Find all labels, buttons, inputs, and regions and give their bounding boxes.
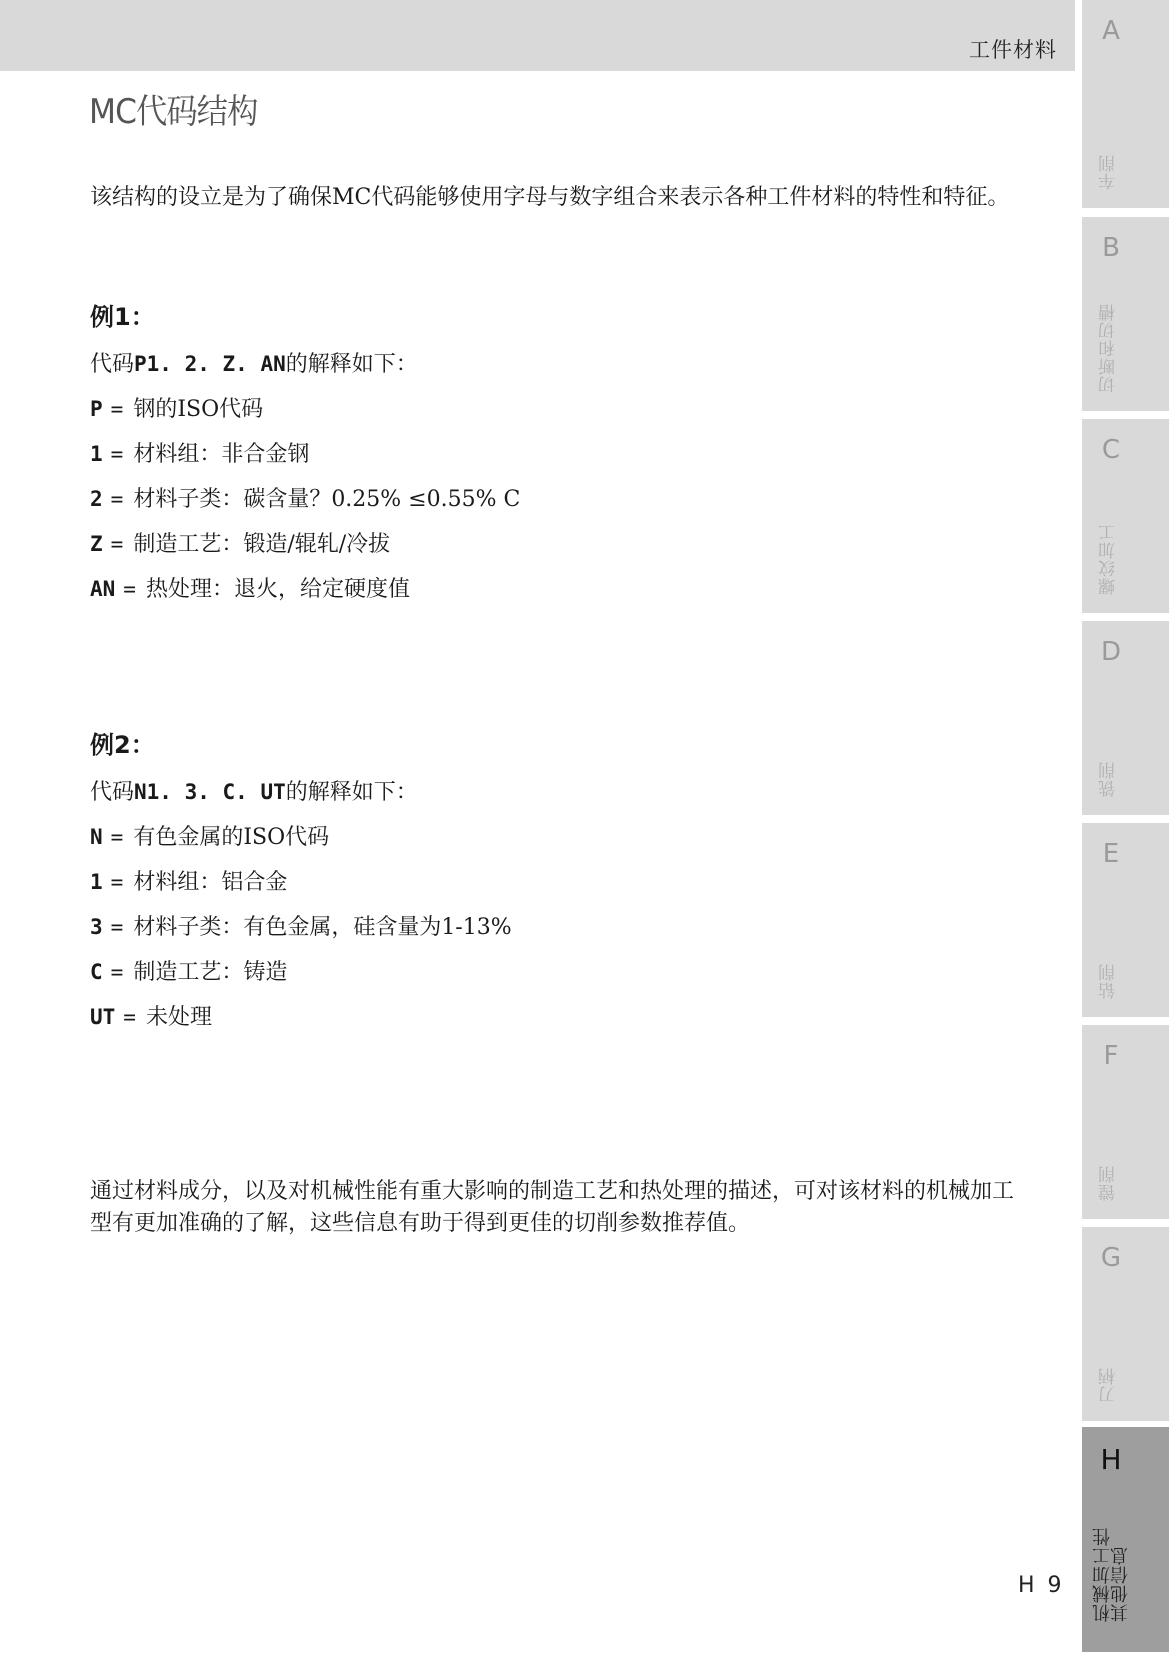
- example-1-item: Z=制造工艺：锻造/辊轧/冷拔: [90, 527, 390, 558]
- code-value: N1. 3. C. UT: [134, 780, 286, 804]
- tab-letter: B: [1082, 233, 1140, 263]
- item-desc: 制造工艺：铸造: [133, 960, 287, 985]
- side-tab-b[interactable]: B 切断和切槽: [1082, 217, 1169, 411]
- tab-label-line-2: 其他信息: [1110, 1546, 1131, 1622]
- item-key: AN: [90, 577, 115, 601]
- item-eq: =: [103, 442, 134, 466]
- code-suffix: 的解释如下：: [286, 780, 418, 805]
- side-tab-g[interactable]: G 刀柄: [1082, 1227, 1169, 1421]
- example-1-heading: 例1：: [90, 297, 155, 332]
- item-key: 1: [90, 442, 103, 466]
- tab-letter: E: [1082, 839, 1140, 869]
- tab-label: 机械加工性其他信息: [1094, 1527, 1130, 1622]
- tab-label: 车削: [1100, 154, 1118, 190]
- tab-letter: H: [1082, 1443, 1140, 1476]
- side-tab-a[interactable]: A 车削: [1082, 0, 1169, 208]
- tab-letter: A: [1082, 16, 1140, 46]
- item-eq: =: [103, 532, 134, 556]
- item-desc: 钢的ISO代码: [133, 397, 263, 422]
- item-key: 3: [90, 915, 103, 939]
- page-title: MC代码结构: [89, 84, 257, 133]
- item-key: C: [90, 960, 103, 984]
- code-prefix: 代码: [90, 352, 134, 377]
- example-1-item: AN=热处理：退火，给定硬度值: [90, 572, 410, 603]
- item-desc: 材料子类：有色金属，硅含量为1-13%: [133, 915, 511, 940]
- item-desc: 未处理: [146, 1005, 212, 1030]
- code-prefix: 代码: [90, 780, 134, 805]
- item-desc: 制造工艺：锻造/辊轧/冷拔: [133, 532, 390, 557]
- example-1-item: P=钢的ISO代码: [90, 392, 263, 423]
- tab-letter: C: [1082, 435, 1140, 465]
- item-eq: =: [103, 487, 134, 511]
- page-number: H 9: [1018, 1573, 1065, 1598]
- tab-letter: F: [1082, 1041, 1140, 1071]
- example-2-item: N=有色金属的ISO代码: [90, 820, 329, 851]
- tab-label: 钻削: [1100, 963, 1118, 999]
- example-2-item: 1=材料组：铝合金: [90, 865, 287, 896]
- header-band: 工件材料: [0, 0, 1075, 71]
- side-tab-h[interactable]: H 机械加工性其他信息: [1082, 1427, 1169, 1652]
- side-tab-d[interactable]: D 铣削: [1082, 621, 1169, 815]
- tab-letter: G: [1082, 1243, 1140, 1273]
- code-value: P1. 2. Z. AN: [134, 352, 286, 376]
- side-tab-c[interactable]: C 螺纹加工: [1082, 419, 1169, 613]
- side-tab-e[interactable]: E 钻削: [1082, 823, 1169, 1017]
- item-eq: =: [103, 915, 134, 939]
- item-eq: =: [103, 397, 134, 421]
- item-desc: 热处理：退火，给定硬度值: [146, 577, 410, 602]
- item-eq: =: [103, 870, 134, 894]
- side-tab-f[interactable]: F 镗削: [1082, 1025, 1169, 1219]
- item-eq: =: [103, 960, 134, 984]
- item-key: 2: [90, 487, 103, 511]
- example-2-heading: 例2：: [90, 725, 155, 760]
- tab-label: 切断和切槽: [1100, 303, 1118, 393]
- item-key: Z: [90, 532, 103, 556]
- item-desc: 材料组：非合金钢: [133, 442, 309, 467]
- example-1-item: 1=材料组：非合金钢: [90, 437, 309, 468]
- code-suffix: 的解释如下：: [286, 352, 418, 377]
- conclusion-paragraph: 通过材料成分，以及对机械性能有重大影响的制造工艺和热处理的描述，可对该材料的机械…: [90, 1176, 1025, 1240]
- item-eq: =: [103, 825, 134, 849]
- example-1-code-line: 代码P1. 2. Z. AN的解释如下：: [90, 347, 418, 378]
- item-key: 1: [90, 870, 103, 894]
- example-2-item: UT=未处理: [90, 1000, 212, 1031]
- tab-label: 铣削: [1100, 761, 1118, 797]
- tab-label: 刀柄: [1100, 1367, 1118, 1403]
- tab-label: 螺纹加工: [1100, 523, 1118, 595]
- example-2-item: C=制造工艺：铸造: [90, 955, 287, 986]
- tab-letter: D: [1082, 637, 1140, 667]
- example-2-code-line: 代码N1. 3. C. UT的解释如下：: [90, 775, 418, 806]
- item-desc: 材料组：铝合金: [133, 870, 287, 895]
- tab-label: 镗削: [1100, 1165, 1118, 1201]
- item-key: P: [90, 397, 103, 421]
- section-title: 工件材料: [969, 34, 1057, 64]
- item-eq: =: [115, 577, 146, 601]
- item-key: N: [90, 825, 103, 849]
- item-desc: 有色金属的ISO代码: [133, 825, 329, 850]
- example-1-item: 2=材料子类：碳含量？0.25% ≤0.55% C: [90, 482, 520, 513]
- item-eq: =: [115, 1005, 146, 1029]
- item-key: UT: [90, 1005, 115, 1029]
- example-2-item: 3=材料子类：有色金属，硅含量为1-13%: [90, 910, 512, 941]
- intro-paragraph: 该结构的设立是为了确保MC代码能够使用字母与数字组合来表示各种工件材料的特性和特…: [90, 183, 1025, 213]
- item-desc: 材料子类：碳含量？0.25% ≤0.55% C: [133, 487, 520, 512]
